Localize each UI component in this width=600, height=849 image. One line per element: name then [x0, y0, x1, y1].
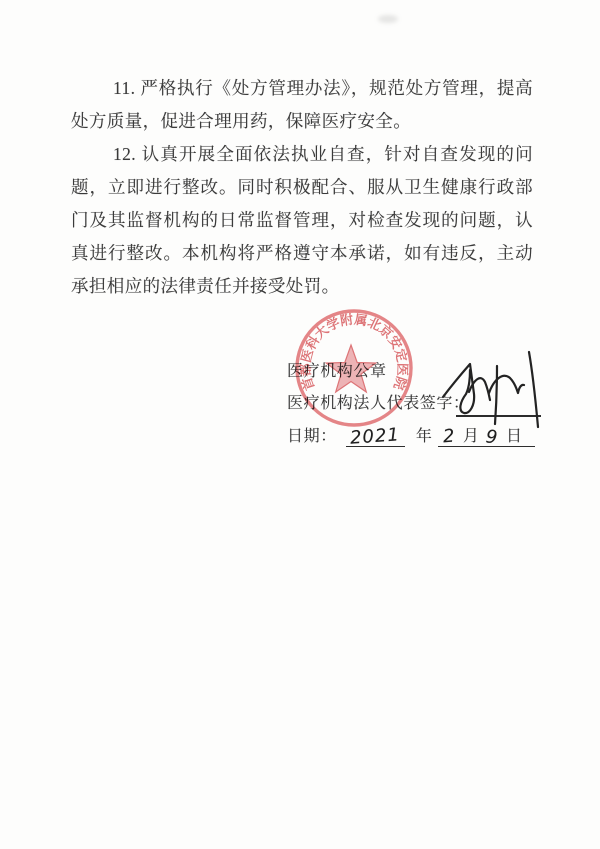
scanned-document-page: 11. 严格执行《处方管理办法》，规范处方管理，提高处方质量，促进合理用药，保障…	[0, 0, 600, 849]
commitment-text-block: 11. 严格执行《处方管理办法》，规范处方管理，提高处方质量，促进合理用药，保障…	[71, 72, 533, 303]
signature-stroke-tall	[529, 352, 538, 427]
official-red-seal: 首都医科大学附属北京安定医院	[293, 307, 417, 431]
signature-stroke-arch2	[489, 376, 524, 393]
legal-representative-signature	[425, 330, 555, 435]
paragraph-item-11: 11. 严格执行《处方管理办法》，规范处方管理，提高处方质量，促进合理用药，保障…	[71, 72, 533, 138]
signature-stroke-vertical	[495, 366, 497, 424]
scan-smudge	[378, 15, 398, 23]
seal-star-icon	[326, 345, 375, 392]
paragraph-item-12: 12. 认真开展全面依法执业自查，针对自查发现的问题，立即进行整改。同时积极配合…	[71, 138, 533, 303]
